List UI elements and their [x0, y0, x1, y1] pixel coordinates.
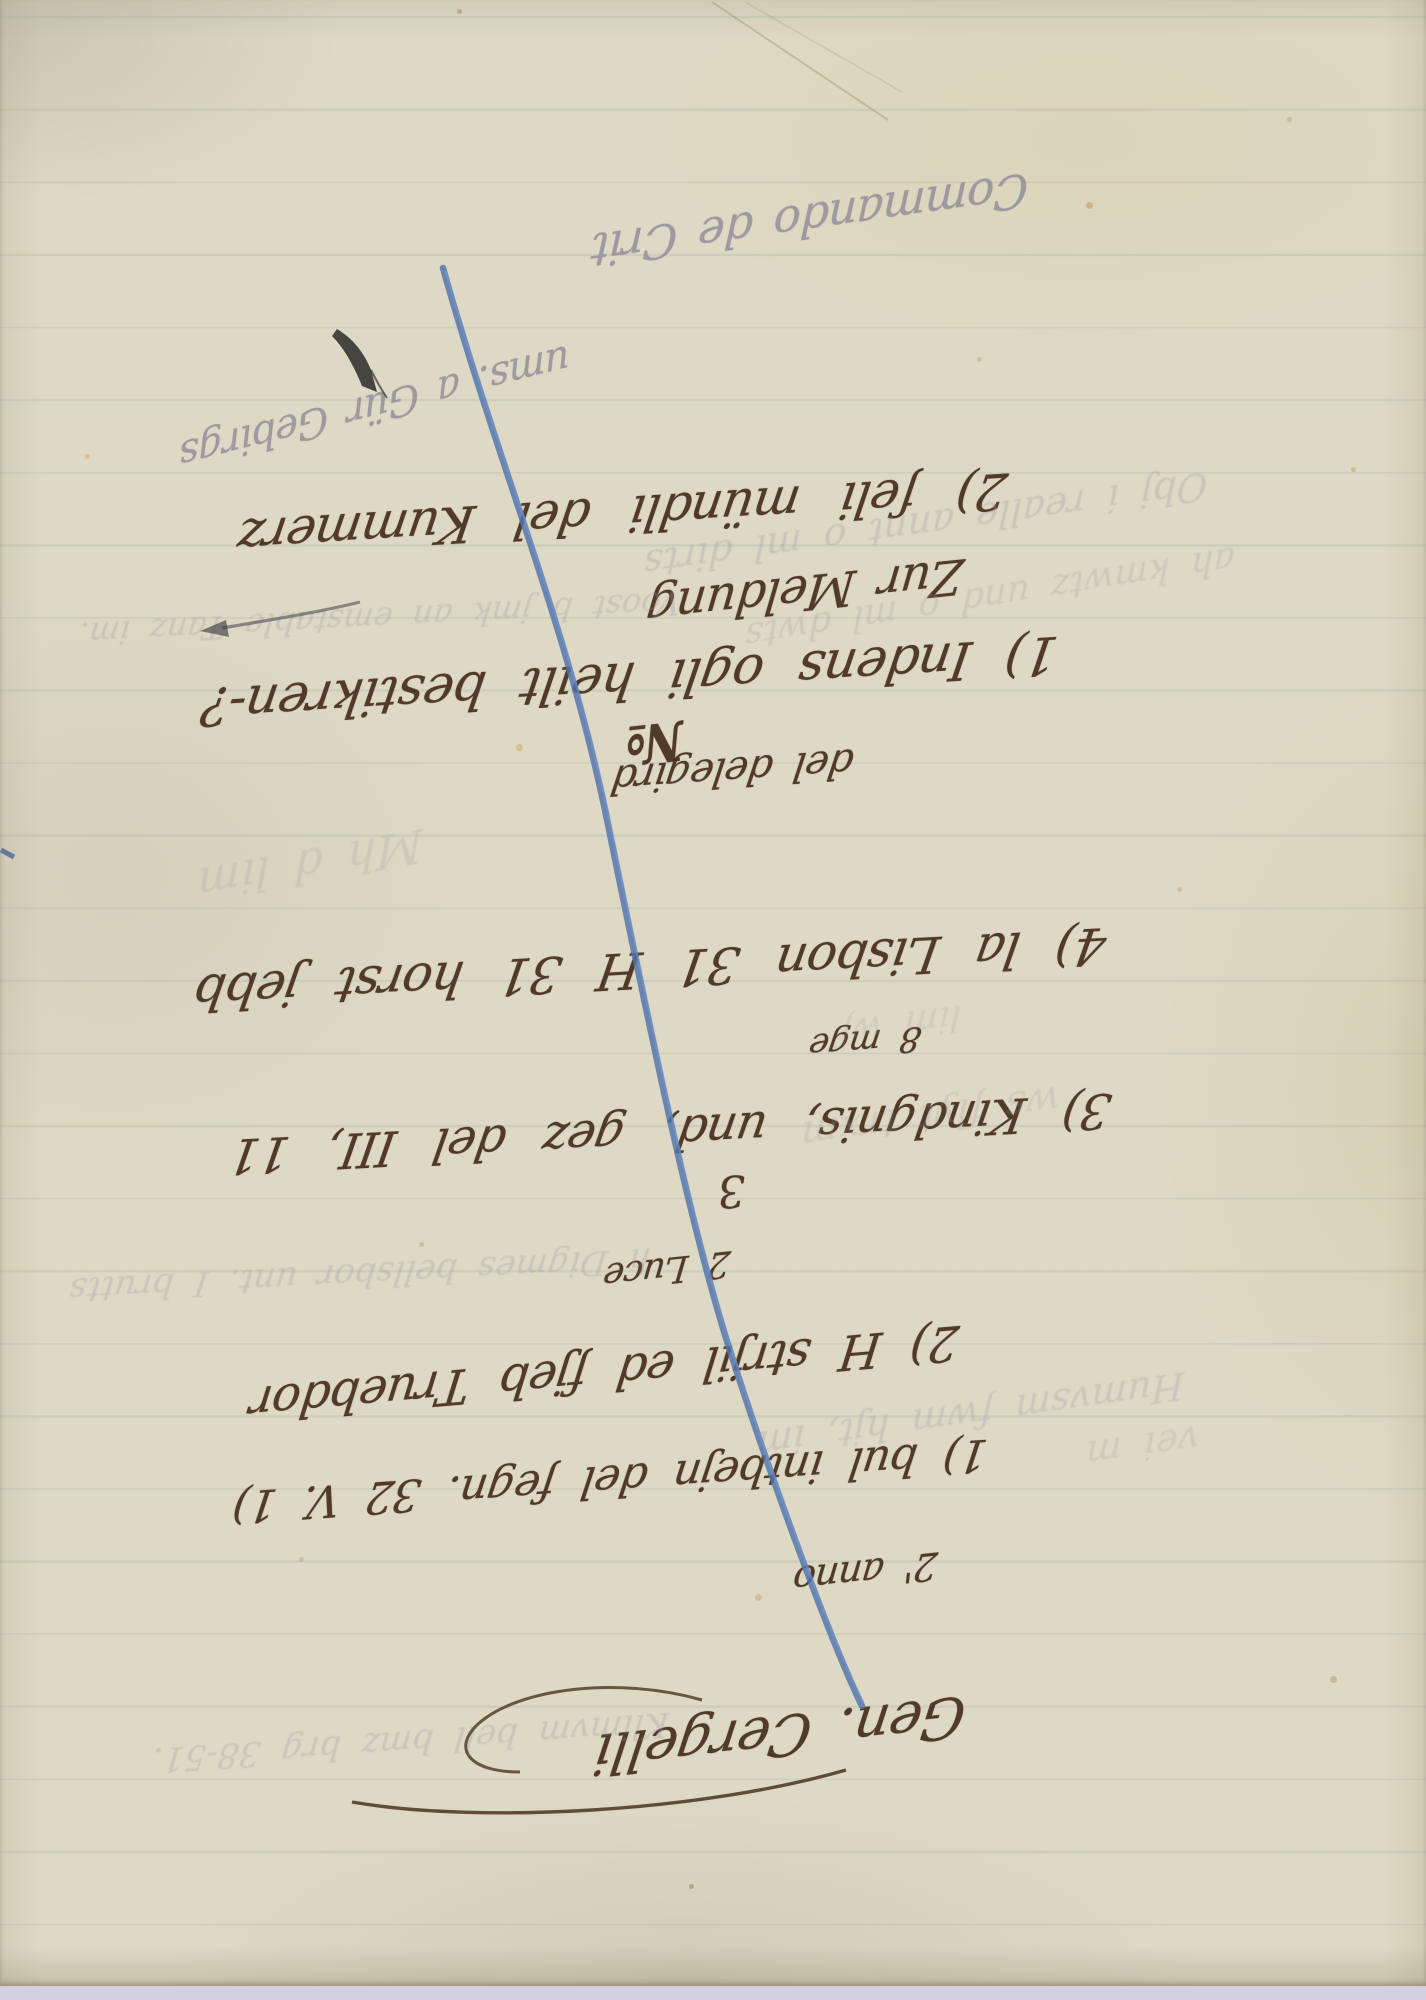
signature-flourish: [352, 1688, 846, 1813]
black-pencil-flag: [332, 329, 387, 398]
fold-crease: [712, 2, 902, 120]
pencil-dash-arrow: [200, 602, 360, 637]
left-edge-blue-tick: [1, 850, 14, 857]
manuscript-page: Commando de Crit ums. a Gür Gebirgs 2) ſ…: [0, 0, 1426, 2000]
graphic-marks-overlay: [0, 0, 1426, 2000]
blue-crayon-line: [443, 268, 863, 1706]
